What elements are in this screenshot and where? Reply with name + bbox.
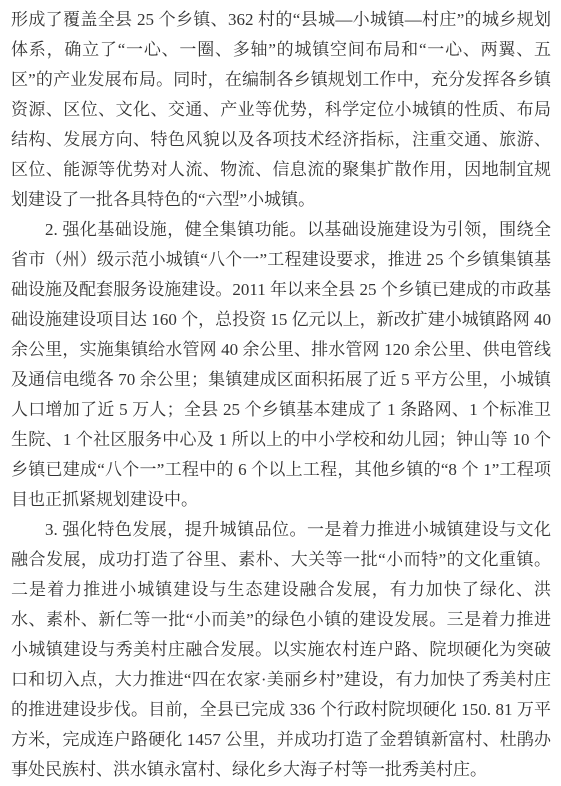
paragraph-featured-development: 3. 强化特色发展，提升城镇品位。一是着力推进小城镇建设与文化融合发展，成功打造…	[11, 515, 551, 785]
document-page: 形成了覆盖全县 25 个乡镇、362 村的“县城—小城镇—村庄”的城乡规划体系，…	[0, 0, 561, 786]
paragraph-planning-system: 形成了覆盖全县 25 个乡镇、362 村的“县城—小城镇—村庄”的城乡规划体系，…	[11, 5, 551, 215]
paragraph-infrastructure: 2. 强化基础设施，健全集镇功能。以基础设施建设为引领，围绕全省市（州）级示范小…	[11, 215, 551, 515]
